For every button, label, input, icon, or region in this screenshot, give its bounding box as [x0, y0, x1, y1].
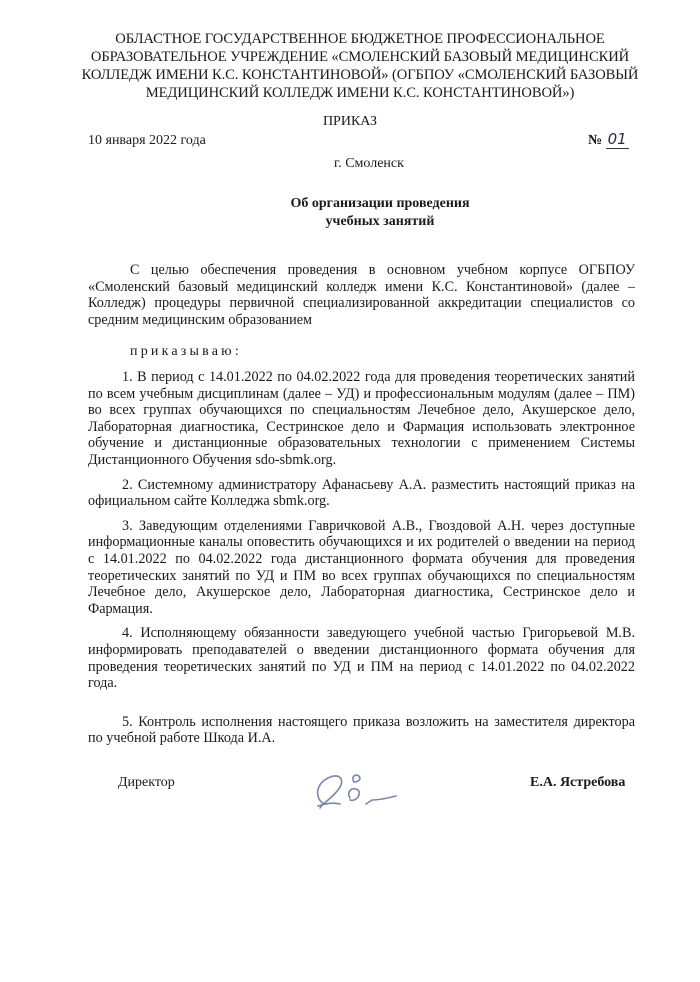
institution-header: ОБЛАСТНОЕ ГОСУДАРСТВЕННОЕ БЮДЖЕТНОЕ ПРОФ… [70, 30, 650, 102]
preamble-block: С целью обеспечения проведения в основно… [88, 262, 635, 328]
preamble: С целью обеспечения проведения в основно… [88, 262, 635, 328]
city: г. Смоленск [0, 156, 700, 172]
order-item-2: 2. Системному администратору Афанасьеву … [88, 477, 635, 510]
signature-icon [310, 764, 400, 812]
order-item-5: 5. Контроль исполнения настоящего приказ… [88, 714, 635, 747]
document-page: ОБЛАСТНОЕ ГОСУДАРСТВЕННОЕ БЮДЖЕТНОЕ ПРОФ… [0, 0, 700, 982]
order-date: 10 января 2022 года [88, 133, 206, 149]
order-item-3: 3. Заведующим отделениями Гавричковой А.… [88, 518, 635, 618]
order-title: ПРИКАЗ [0, 114, 700, 130]
subject-line-2: учебных занятий [60, 213, 700, 231]
order-item-1: 1. В период с 14.01.2022 по 04.02.2022 г… [88, 369, 635, 469]
number-label: № [588, 133, 602, 148]
order-number: № 01 [588, 130, 629, 149]
number-value: 01 [606, 130, 629, 149]
signer-position: Директор [118, 775, 175, 791]
order-item-4: 4. Исполняющему обязанности заведующего … [88, 625, 635, 691]
decree-word: приказываю: [130, 344, 242, 360]
signer-name: Е.А. Ястребова [530, 775, 625, 791]
order-subject: Об организации проведения учебных заняти… [0, 195, 700, 231]
order-items: 1. В период с 14.01.2022 по 04.02.2022 г… [88, 369, 635, 755]
subject-line-1: Об организации проведения [60, 195, 700, 213]
